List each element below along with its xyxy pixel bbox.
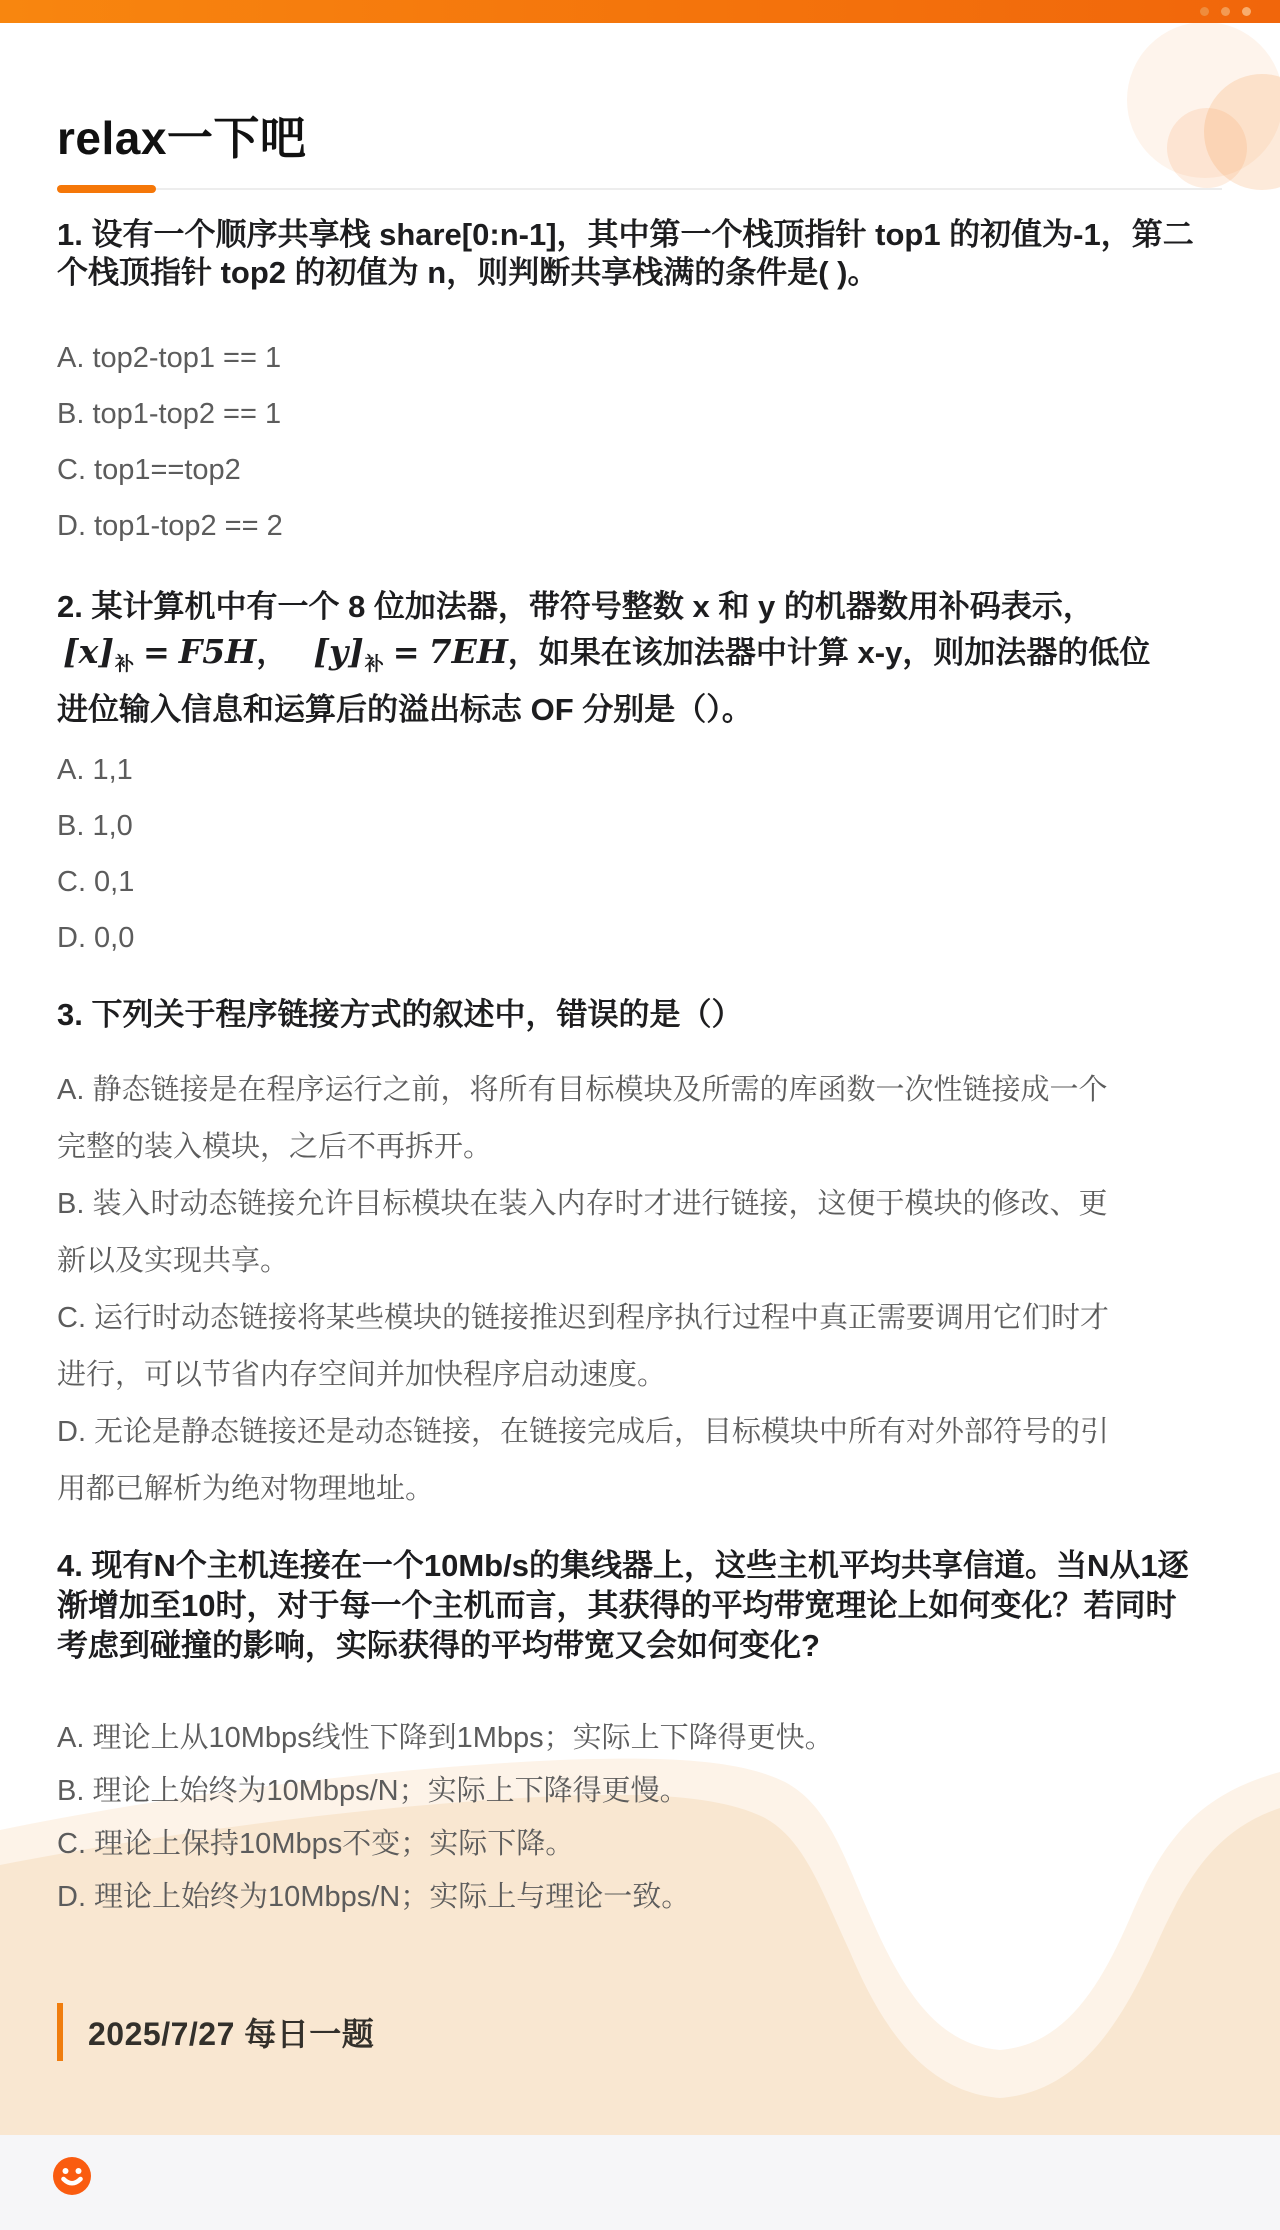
date-caption-block: 2025/7/27 每日一题	[57, 2003, 374, 2061]
question-1-options: A. top2-top1 == 1 B. top1-top2 == 1 C. t…	[57, 330, 1237, 554]
smiley-face-icon	[52, 2156, 92, 2196]
math-bracket: ]	[348, 632, 364, 671]
page-title: relax一下吧	[57, 102, 306, 168]
question-2-text: 2. 某计算机中有一个 8 位加法器，带符号整数 x 和 y 的机器数用补码表示…	[57, 588, 1237, 729]
question-4-options: A. 理论上从10Mbps线性下降到1Mbps；实际上下降得更快。 B. 理论上…	[57, 1712, 1237, 1924]
date-accent-bar	[57, 2003, 63, 2061]
bar-dot-1	[1200, 7, 1209, 16]
option-b: B. 理论上始终为10Mbps/N；实际上下降得更慢。	[57, 1765, 1237, 1818]
question-3-line-1: 3. 下列关于程序链接方式的叙述中，错误的是（）	[57, 996, 1237, 1034]
math-value-7eh: 7EH	[429, 632, 508, 671]
question-4-text: 4. 现有N个主机连接在一个10Mb/s的集线器上，这些主机平均共享信道。当N从…	[57, 1546, 1237, 1666]
decorative-circle-small	[1167, 108, 1247, 188]
math-subscript-bu: 补	[115, 654, 134, 675]
option-a-line-1: A. 静态链接是在程序运行之前，将所有目标模块及所需的库函数一次性链接成一个	[57, 1062, 1237, 1119]
math-bracket: [	[313, 632, 329, 671]
bar-dot-2	[1221, 7, 1230, 16]
question-3-text: 3. 下列关于程序链接方式的叙述中，错误的是（）	[57, 996, 1237, 1034]
option-b-line-2: 新以及实现共享。	[57, 1233, 1237, 1290]
option-d: D. 理论上始终为10Mbps/N；实际上与理论一致。	[57, 1871, 1237, 1924]
math-var-x: x	[79, 632, 99, 671]
question-3-options: A. 静态链接是在程序运行之前，将所有目标模块及所需的库函数一次性链接成一个 完…	[57, 1062, 1237, 1518]
question-2-options: A. 1,1 B. 1,0 C. 0,1 D. 0,0	[57, 742, 1237, 966]
question-2-math-line: [x]补=F5H，[y]补=7EH，如果在该加法器中计算 x-y，则加法器的低位	[57, 626, 1237, 691]
question-2-line-2-rest: ，如果在该加法器中计算 x-y，则加法器的低位	[508, 635, 1150, 670]
option-c: C. 理论上保持10Mbps不变；实际下降。	[57, 1818, 1237, 1871]
question-4-line-2: 渐增加至10时，对于每一个主机而言，其获得的平均带宽理论上如何变化？若同时	[57, 1586, 1237, 1626]
top-orange-bar	[0, 0, 1280, 23]
option-a: A. 1,1	[57, 742, 1237, 798]
math-value-f5h: F5H	[179, 632, 257, 671]
date-caption: 2025/7/27 每日一题	[88, 2009, 374, 2055]
option-c: C. 0,1	[57, 854, 1237, 910]
question-2-line-3: 进位输入信息和运算后的溢出标志 OF 分别是（）。	[57, 691, 1237, 729]
option-b-line-1: B. 装入时动态链接允许目标模块在装入内存时才进行链接，这便于模块的修改、更	[57, 1176, 1237, 1233]
option-b: B. 1,0	[57, 798, 1237, 854]
option-b: B. top1-top2 == 1	[57, 386, 1237, 442]
option-d-line-1: D. 无论是静态链接还是动态链接，在链接完成后，目标模块中所有对外部符号的引	[57, 1404, 1237, 1461]
math-var-y: y	[329, 632, 348, 671]
math-subscript-bu: 补	[365, 654, 384, 675]
math-equals: =	[393, 633, 420, 671]
option-c-line-2: 进行，可以节省内存空间并加快程序启动速度。	[57, 1347, 1237, 1404]
math-comma: ，	[256, 635, 287, 670]
math-equals: =	[143, 633, 170, 671]
option-a: A. 理论上从10Mbps线性下降到1Mbps；实际上下降得更快。	[57, 1712, 1237, 1765]
question-1-text: 1. 设有一个顺序共享栈 share[0:n-1]，其中第一个栈顶指针 top1…	[57, 216, 1237, 292]
question-2-line-1: 2. 某计算机中有一个 8 位加法器，带符号整数 x 和 y 的机器数用补码表示…	[57, 588, 1237, 626]
question-4-line-3: 考虑到碰撞的影响，实际获得的平均带宽又会如何变化?	[57, 1626, 1237, 1666]
option-c-line-1: C. 运行时动态链接将某些模块的链接推迟到程序执行过程中真正需要调用它们时才	[57, 1290, 1237, 1347]
option-d: D. 0,0	[57, 910, 1237, 966]
question-1-line-1: 1. 设有一个顺序共享栈 share[0:n-1]，其中第一个栈顶指针 top1…	[57, 216, 1237, 254]
footer	[0, 2135, 1280, 2230]
math-bracket: [	[63, 632, 79, 671]
title-divider-accent	[57, 185, 156, 193]
option-a-line-2: 完整的装入模块，之后不再拆开。	[57, 1119, 1237, 1176]
option-a: A. top2-top1 == 1	[57, 330, 1237, 386]
option-d-line-2: 用都已解析为绝对物理地址。	[57, 1461, 1237, 1518]
question-1-line-2: 个栈顶指针 top2 的初值为 n，则判断共享栈满的条件是( )。	[57, 254, 1237, 292]
math-bracket: ]	[98, 632, 114, 671]
title-divider	[57, 188, 1222, 190]
option-d: D. top1-top2 == 2	[57, 498, 1237, 554]
question-4-line-1: 4. 现有N个主机连接在一个10Mb/s的集线器上，这些主机平均共享信道。当N从…	[57, 1546, 1237, 1586]
bar-dot-3	[1242, 7, 1251, 16]
option-c: C. top1==top2	[57, 442, 1237, 498]
